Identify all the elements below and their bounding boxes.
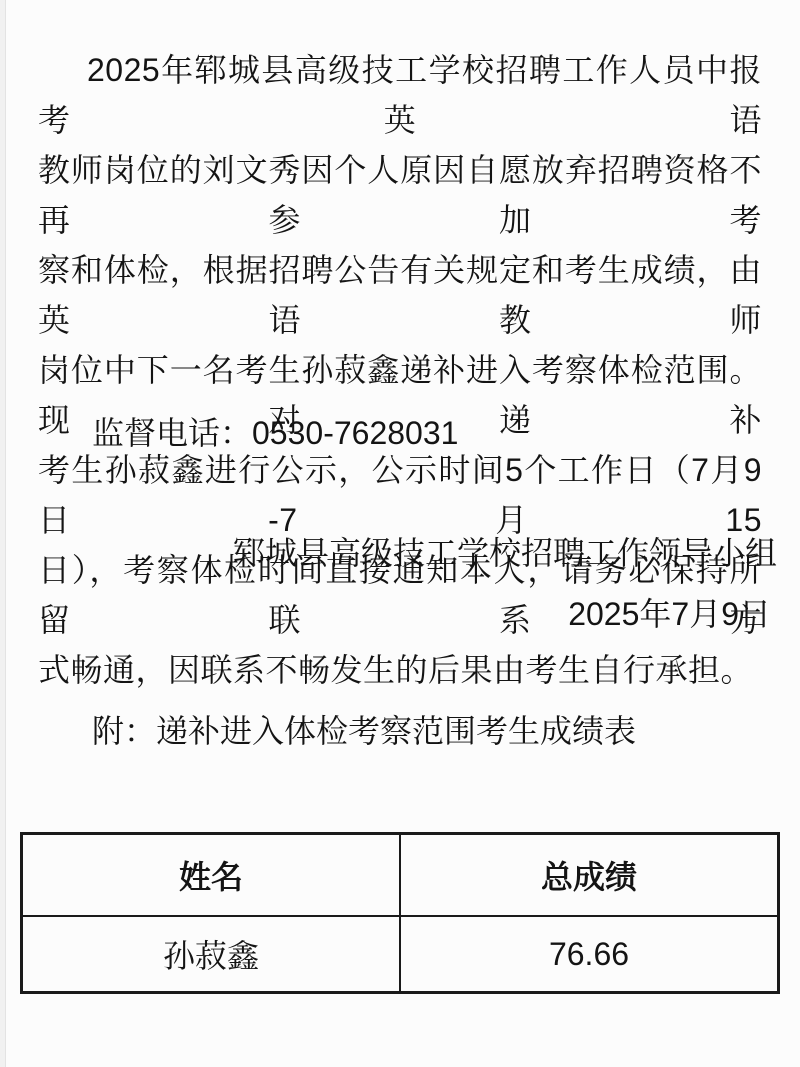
supervision-phone-line: 监督电话：0530-7628031 [92,408,458,458]
paragraph-line: 2025年郓城县高级技工学校招聘工作人员中报考英语 [38,45,762,145]
table-header-row: 姓名 总成绩 [22,834,779,917]
page-left-edge [0,0,6,1067]
issuing-organization: 郓城县高级技工学校招聘工作领导小组 [233,528,777,578]
header-cell-name: 姓名 [22,834,401,917]
candidate-score-table: 姓名 总成绩 孙菽鑫 76.66 [20,832,780,994]
attachment-note: 附：递补进入体检考察范围考生成绩表 [92,706,636,756]
issue-date: 2025年7月9日 [568,589,771,639]
table-row: 孙菽鑫 76.66 [22,916,779,993]
cell-candidate-name: 孙菽鑫 [22,916,401,993]
paragraph-line: 察和体检，根据招聘公告有关规定和考生成绩，由英语教师 [38,245,762,345]
header-cell-total-score: 总成绩 [400,834,779,917]
cell-total-score: 76.66 [400,916,779,993]
paragraph-line: 式畅通，因联系不畅发生的后果由考生自行承担。 [38,645,762,695]
paragraph-line: 教师岗位的刘文秀因个人原因自愿放弃招聘资格不再参加考 [38,145,762,245]
